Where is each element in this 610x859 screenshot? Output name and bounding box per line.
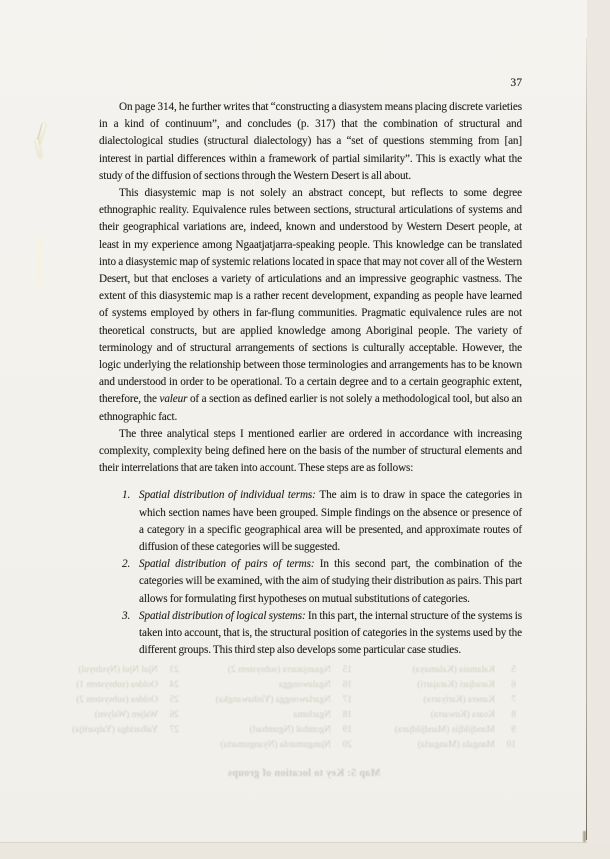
scanned-page: 37 On page 314, he further writes that “… xyxy=(0,0,610,859)
ghost-cell: Karadjari (Karajarri) xyxy=(352,678,495,693)
ghost-cell: 23 xyxy=(158,663,179,678)
ghost-cell: Njul Njul (Nyulnyul) xyxy=(78,663,158,678)
ghost-cell: 26 xyxy=(158,708,179,723)
ghost-cell: 7 xyxy=(495,693,516,708)
list-item-3: 3. Spatial distribution of logical syste… xyxy=(99,608,522,660)
ghost-cell: 15 xyxy=(331,663,352,678)
ghost-cell: Koara (Kuwarra) xyxy=(352,708,495,723)
analytical-steps-list: 1. Spatial distribution of individual te… xyxy=(99,487,522,659)
ghost-row: 6Karadjari (Karajarri)16Ngalawongga24Ool… xyxy=(92,678,516,693)
page-corner-shadow xyxy=(583,831,586,842)
ghost-cell: Ngarluma xyxy=(179,708,331,723)
paragraph-2: This diasystemic map is not solely an ab… xyxy=(99,185,522,426)
list-item-1-lead: Spatial distribution of individual terms… xyxy=(139,489,319,501)
scanner-background-bottom xyxy=(0,843,610,859)
ghost-cell: 5 xyxy=(495,663,516,678)
ghost-row: 8Koara (Kuwarra)18Ngarluma26Waljen (Waly… xyxy=(92,708,516,723)
ghost-row: 5Kalamaia (Kalamaya)15Ngaanjatarra (subs… xyxy=(92,663,516,678)
list-item-2-number: 2. xyxy=(122,556,130,573)
ghost-cell: Waljen (Walyen) xyxy=(92,708,158,723)
ghost-cell: Ooldea (subsystem 1) xyxy=(76,678,158,693)
list-item-3-lead: Spatial distribution of logical systems: xyxy=(139,610,308,622)
page-edge-shadow-right xyxy=(586,38,588,840)
ghost-map-caption: Map 5: Key to location of groups xyxy=(92,766,516,781)
ghost-showthrough-table: 5Kalamaia (Kalamaya)15Ngaanjatarra (subs… xyxy=(92,663,516,781)
paragraph-3: The three analytical steps I mentioned e… xyxy=(99,426,522,478)
paragraph-3-text: The three analytical steps I mentioned e… xyxy=(99,428,522,474)
list-item-1-number: 1. xyxy=(122,487,130,504)
paragraph-2-italic-term: valeur xyxy=(159,393,187,405)
ghost-cell: Kalamaia (Kalamaya) xyxy=(352,663,495,678)
ghost-cell: 25 xyxy=(158,693,179,708)
list-item-2-lead: Spatial distribution of pairs of terms: xyxy=(139,558,320,570)
ghost-cell: 17 xyxy=(331,693,352,708)
page-number: 37 xyxy=(99,76,522,89)
ghost-cell: 6 xyxy=(495,678,516,693)
page-edge-shadow-bottom xyxy=(0,842,587,843)
ghost-row: 9Mandjildjis (Mandjildjara)19Ngombal (Ng… xyxy=(92,723,516,738)
ghost-cell: 16 xyxy=(331,678,352,693)
list-item-2: 2. Spatial distribution of pairs of term… xyxy=(99,556,522,608)
ghost-cell: 8 xyxy=(495,708,516,723)
ghost-cell: Ngaanjatarra (subsystem 2) xyxy=(179,663,331,678)
ghost-row: 7Kanera (Kariyarra)17Ngarlawongga (Yinha… xyxy=(92,693,516,708)
ghost-cell xyxy=(92,738,158,753)
ghost-cell: 18 xyxy=(331,708,352,723)
paragraph-1: On page 314, he further writes that “con… xyxy=(99,99,522,185)
list-item-1: 1. Spatial distribution of individual te… xyxy=(99,487,522,556)
paragraph-2-text: This diasystemic map is not solely an ab… xyxy=(99,187,522,405)
ghost-cell: Mangala (Mangarla) xyxy=(352,738,495,753)
ghost-cell: 9 xyxy=(495,723,516,738)
ghost-cell: 19 xyxy=(331,723,352,738)
ghost-cell: Mandjildjis (Mandjildjara) xyxy=(352,723,495,738)
ghost-cell: 24 xyxy=(158,678,179,693)
ghost-row: 10Mangala (Mangarla)20Njangumarda (Nyang… xyxy=(92,738,516,753)
crease-mark xyxy=(37,123,46,144)
ghost-cell: 10 xyxy=(495,738,516,753)
body-text: On page 314, he further writes that “con… xyxy=(99,99,522,660)
ghost-cell xyxy=(158,738,179,753)
ghost-cell: 20 xyxy=(331,738,352,753)
ghost-cell: Njangumarda (Nyangumarta) xyxy=(179,738,331,753)
ghost-cell: Ooldea (subsystem 2) xyxy=(76,693,158,708)
ghost-cell: Yalbaridga (Yalparitja) xyxy=(72,723,158,738)
list-item-3-number: 3. xyxy=(122,608,130,625)
ghost-cell: Ngalawongga xyxy=(179,678,331,693)
ghost-cell: Kanera (Kariyarra) xyxy=(352,693,495,708)
ghost-cell: 27 xyxy=(158,723,179,738)
ghost-cell: Ngarlawongga (Yinhawangka) xyxy=(179,693,331,708)
crease-mark xyxy=(37,237,42,285)
scanner-background-right xyxy=(587,0,610,859)
ghost-cell: Ngombal (Ngumbarl) xyxy=(179,723,331,738)
paragraph-1-text: On page 314, he further writes that “con… xyxy=(99,101,522,182)
